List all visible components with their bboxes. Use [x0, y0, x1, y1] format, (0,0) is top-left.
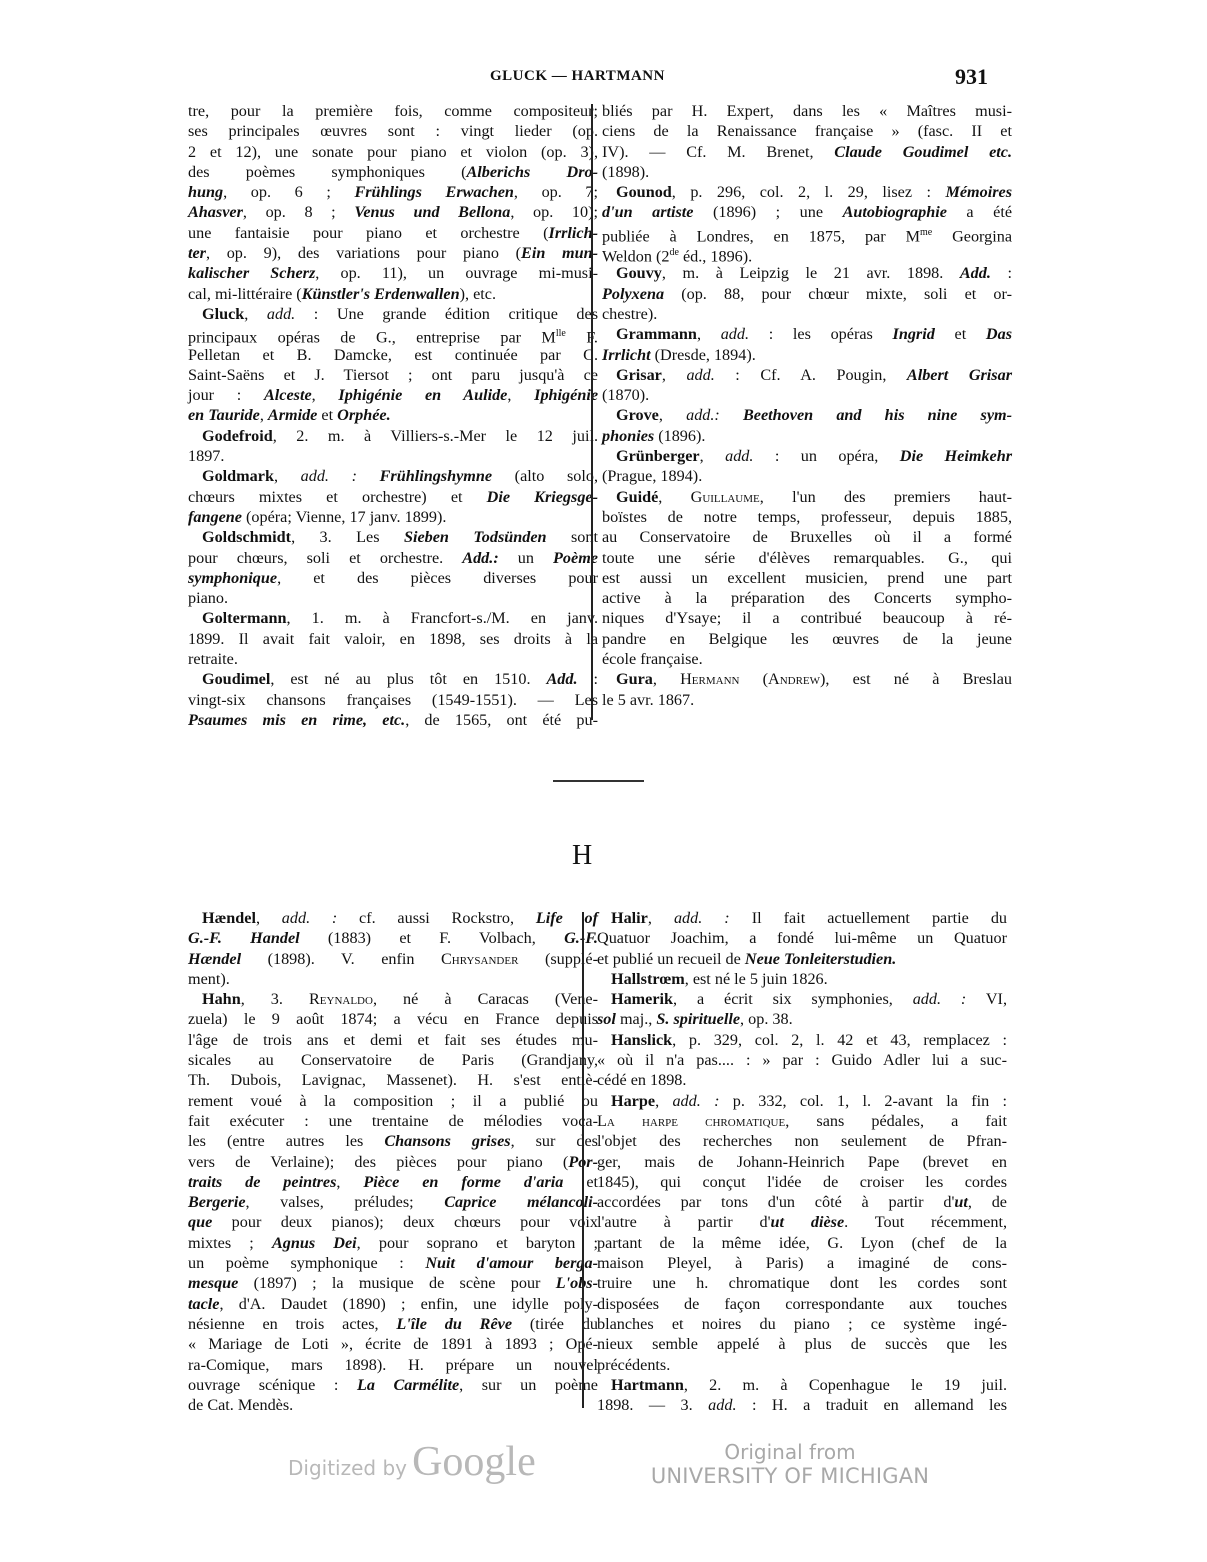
entry-headword: Halir: [611, 909, 648, 927]
text-segment: Th. Dubois, Lavignac, Massenet). H. s'es…: [188, 1071, 598, 1089]
text-segment: ,: [312, 386, 339, 404]
text-line: (1898).: [602, 162, 1012, 182]
text-segment: ,: [274, 467, 301, 485]
text-line: Polyxena (op. 88, pour chœur mixte, soli…: [602, 284, 1012, 304]
text-segment: Das: [986, 325, 1012, 343]
text-segment: des poèmes symphoniques (: [188, 163, 466, 181]
text-segment: Die Kriegsge-: [487, 488, 598, 506]
text-segment: , sur des: [511, 1132, 598, 1150]
text-segment: zuela) le 9 août 1874; a vécu en France …: [188, 1010, 598, 1028]
text-segment: Frühlingshymne: [380, 467, 492, 485]
text-line: retraite.: [188, 649, 598, 669]
text-segment: ,: [658, 488, 690, 506]
text-segment: , sur un poème: [459, 1376, 598, 1394]
text-line: « où il n'a pas.... : » par : Guido Adle…: [597, 1050, 1007, 1070]
text-segment: ,: [256, 909, 282, 927]
column-top-right: bliés par H. Expert, dans les « Maîtres …: [602, 101, 1012, 710]
text-line: tre, pour la première fois, comme compos…: [188, 101, 598, 121]
text-segment: un poème symphonique :: [188, 1254, 425, 1272]
text-line: vers de Verlaine); des pièces pour piano…: [188, 1152, 598, 1172]
text-segment: ,: [659, 406, 686, 424]
entry-headword: Gounod: [616, 183, 672, 201]
text-line: cédé en 1898.: [597, 1070, 1007, 1090]
text-segment: , op. 11), un ouvrage mi-musi-: [315, 264, 598, 282]
text-segment: , p. 329, col. 2, l. 42 et 43, remplacez…: [672, 1031, 1007, 1049]
entry-headword: Goldmark: [202, 467, 274, 485]
text-segment: précédents.: [597, 1356, 670, 1374]
text-segment: (1898).: [602, 163, 649, 181]
text-segment: (: [739, 670, 768, 688]
text-line: Pelletan et B. Damcke, est continuée par…: [188, 345, 598, 365]
text-segment: : Une grande édition critique des: [295, 305, 598, 323]
text-segment: ,: [700, 447, 725, 465]
text-segment: p. 332, col. 1, l. 2-avant la fin :: [719, 1092, 1007, 1110]
text-segment: fait exécuter : une trentaine de mélodie…: [188, 1112, 598, 1130]
text-segment: tacle: [188, 1295, 219, 1313]
text-segment: add. :: [672, 1092, 719, 1110]
text-segment: accordées par tons d'un côté à partir d': [597, 1193, 954, 1211]
text-line: un poème symphonique : Nuit d'amour berg…: [188, 1253, 598, 1273]
text-line: ter, op. 9), des variations pour piano (…: [188, 243, 598, 263]
text-line: nésienne en trois actes, L'île du Rêve (…: [188, 1314, 598, 1334]
text-line: ger, mais de Johann-Heinrich Pape (breve…: [597, 1152, 1007, 1172]
text-segment: de Cat. Mendès.: [188, 1396, 293, 1414]
column-top-left: tre, pour la première fois, comme compos…: [188, 101, 598, 730]
text-segment: Chrysander: [441, 950, 518, 968]
entry-headword: Goudimel: [202, 670, 270, 688]
text-segment: Hændel: [188, 950, 241, 968]
text-segment: L'obs-: [556, 1274, 598, 1292]
text-line: disposées de façon correspondante aux to…: [597, 1294, 1007, 1314]
watermark-university: UNIVERSITY OF MICHIGAN: [650, 1464, 930, 1488]
text-segment: , m. à Leipzig le 21 avr. 1898.: [662, 264, 960, 282]
text-segment: Albert Grisar: [907, 366, 1012, 384]
text-segment: ,: [260, 406, 268, 424]
entry-headword: Hændel: [202, 909, 256, 927]
text-line: fangene (opéra; Vienne, 17 janv. 1899).: [188, 507, 598, 527]
text-line: Gounod, p. 296, col. 2, l. 29, lisez : M…: [602, 182, 1012, 202]
text-segment: d'un artiste: [602, 203, 693, 221]
text-segment: l'objet des recherches non seulement de …: [597, 1132, 1007, 1150]
text-segment: niques d'Ysaye; il a contribué beaucoup …: [602, 609, 1012, 627]
text-segment: pour chœurs, soli et orchestre.: [188, 549, 462, 567]
text-line: Weldon (2de éd., 1896).: [602, 243, 1012, 263]
text-line: Halir, add. : Il fait actuellement parti…: [597, 908, 1007, 928]
text-segment: 1845), qui conçut l'idée de croiser les …: [597, 1173, 1007, 1191]
text-segment: Psaumes mis en rime, etc.: [188, 711, 405, 729]
text-segment: pandre en Belgique les œuvres de la jeun…: [602, 630, 1012, 648]
text-segment: (Dresde, 1894).: [651, 346, 756, 364]
text-segment: Neue Tonleiterstudien.: [745, 950, 896, 968]
text-line: 2 et 12), une sonate pour piano et violo…: [188, 142, 598, 162]
text-segment: symphonique: [188, 569, 277, 587]
text-segment: disposées de façon correspondante aux to…: [597, 1295, 1007, 1313]
text-line: kalischer Scherz, op. 11), un ouvrage mi…: [188, 263, 598, 283]
text-segment: ), etc.: [460, 285, 496, 303]
entry-headword: Gouvy: [616, 264, 662, 282]
text-segment: vingt-six chansons françaises (1549-1551…: [188, 691, 598, 709]
text-segment: , 3.: [241, 990, 309, 1008]
text-segment: (opéra; Vienne, 17 janv. 1899).: [242, 508, 446, 526]
text-segment: , op. 10);: [510, 203, 598, 221]
text-segment: Life of: [536, 909, 598, 927]
text-line: ment).: [188, 969, 598, 989]
text-segment: nésienne en trois actes,: [188, 1315, 396, 1333]
text-line: pour chœurs, soli et orchestre. Add.: un…: [188, 548, 598, 568]
text-segment: nieux semble appelé à plus de succès que…: [597, 1335, 1007, 1353]
text-line: accordées par tons d'un côté à partir d'…: [597, 1192, 1007, 1212]
text-line: sol maj., S. spirituelle, op. 38.: [597, 1009, 1007, 1029]
text-line: Hændel, add. : cf. aussi Rockstro, Life …: [188, 908, 598, 928]
text-segment: partant de la même idée, G. Lyon (chef d…: [597, 1234, 1007, 1252]
entry-headword: Hanslick: [611, 1031, 672, 1049]
text-segment: Quatuor Joachim, a fondé lui-même un Qua…: [597, 929, 1007, 947]
text-line: Th. Dubois, Lavignac, Massenet). H. s'es…: [188, 1070, 598, 1090]
text-segment: ,: [653, 670, 680, 688]
text-segment: (Prague, 1894).: [602, 467, 702, 485]
text-line: Psaumes mis en rime, etc., de 1565, ont …: [188, 710, 598, 730]
text-segment: Add.:: [462, 549, 498, 567]
text-segment: ut dièse: [771, 1213, 845, 1231]
text-line: Goldschmidt, 3. Les Sieben Todsünden son…: [188, 527, 598, 547]
text-segment: maj.,: [616, 1010, 656, 1028]
text-line: truire une h. chromatique dont les corde…: [597, 1273, 1007, 1293]
text-segment: Beethoven and his nine sym-: [743, 406, 1012, 424]
text-segment: « où il n'a pas.... : » par : Guido Adle…: [597, 1051, 1007, 1069]
text-segment: (1897) ; la musique de scène pour: [238, 1274, 555, 1292]
text-segment: :: [991, 264, 1012, 282]
text-segment: : les opéras: [749, 325, 893, 343]
text-line: hung, op. 6 ; Frühlings Erwachen, op. 7;: [188, 182, 598, 202]
column-bottom-left: Hændel, add. : cf. aussi Rockstro, Life …: [188, 908, 598, 1415]
text-line: jour : Alceste, Iphigénie en Aulide, Iph…: [188, 385, 598, 405]
text-segment: IV). — Cf. M. Brenet,: [602, 143, 834, 161]
text-segment: phonies: [602, 427, 654, 445]
text-segment: , op. 8 ;: [243, 203, 354, 221]
text-segment: et: [317, 406, 337, 424]
text-segment: G.-F. Handel: [188, 929, 300, 947]
text-segment: en Tauride: [188, 406, 260, 424]
text-line: bliés par H. Expert, dans les « Maîtres …: [602, 101, 1012, 121]
text-segment: , l'un des premiers haut-: [760, 488, 1012, 506]
text-line: Ahasver, op. 8 ; Venus und Bellona, op. …: [188, 202, 598, 222]
text-segment: Agnus Dei: [272, 1234, 357, 1252]
text-segment: ,: [507, 386, 534, 404]
text-segment: Ein mun-: [521, 244, 598, 262]
text-segment: Hermann: [680, 670, 739, 688]
text-line: au Conservatoire de Bruxelles où il a fo…: [602, 527, 1012, 547]
text-segment: l'âge de trois ans et demi et fait ses é…: [188, 1031, 598, 1049]
text-line: Hanslick, p. 329, col. 2, l. 42 et 43, r…: [597, 1030, 1007, 1050]
text-segment: et: [563, 1173, 598, 1191]
text-segment: add. :: [301, 467, 380, 485]
text-segment: (alto solo,: [492, 467, 598, 485]
text-segment: , sans pédales, a fait: [785, 1112, 1007, 1130]
text-segment: , op. 7;: [514, 183, 598, 201]
page-number: 931: [955, 64, 988, 90]
text-segment: , 2. m. à Copenhague le 19 juil.: [684, 1376, 1007, 1394]
text-segment: (1896).: [654, 427, 705, 445]
text-segment: 1899. Il avait fait valoir, en 1898, ses…: [188, 630, 598, 648]
text-line: une fantaisie pour piano et orchestre (I…: [188, 223, 598, 243]
text-line: des poèmes symphoniques (Alberichs Dro-: [188, 162, 598, 182]
text-line: La harpe chromatique, sans pédales, a fa…: [597, 1111, 1007, 1131]
text-segment: est aussi un excellent musicien, prend u…: [602, 569, 1012, 587]
text-segment: , et des pièces diverses pour: [277, 569, 598, 587]
entry-headword: Grove: [616, 406, 659, 424]
text-segment: Caprice mélancoli-: [444, 1193, 598, 1211]
text-segment: Iphigénie en Aulide: [338, 386, 507, 404]
text-line: 1845), qui conçut l'idée de croiser les …: [597, 1172, 1007, 1192]
text-segment: Künstler's Erdenwallen: [302, 285, 460, 303]
text-segment: Irrlicht: [602, 346, 651, 364]
running-head: GLUCK — HARTMANN: [490, 68, 665, 85]
text-line: Grove, add.: Beethoven and his nine sym-: [602, 405, 1012, 425]
entry-headword: Hahn: [202, 990, 241, 1008]
text-line: tacle, d'A. Daudet (1890) ; enfin, une i…: [188, 1294, 598, 1314]
text-line: principaux opéras de G., entreprise par …: [188, 324, 598, 344]
text-segment: « Mariage de Loti », écrite de 1891 à 18…: [188, 1335, 598, 1353]
text-line: niques d'Ysaye; il a contribué beaucoup …: [602, 608, 1012, 628]
text-line: et publié un recueil de Neue Tonleiterst…: [597, 949, 1007, 969]
text-segment: traits de peintres: [188, 1173, 336, 1191]
text-segment: ,: [662, 366, 687, 384]
text-segment: 1897.: [188, 447, 224, 465]
text-line: que pour deux pianos); deux chœurs pour …: [188, 1212, 598, 1232]
text-segment: , de 1565, ont été pu-: [405, 711, 598, 729]
text-segment: Armide: [268, 406, 317, 424]
text-segment: , 2. m. à Villiers-s.-Mer le 12 juil.: [273, 427, 598, 445]
text-segment: , p. 296, col. 2, l. 29, lisez :: [672, 183, 946, 201]
text-line: boïstes de notre temps, professeur, depu…: [602, 507, 1012, 527]
column-divider-bottom: [582, 912, 584, 1408]
text-segment: La harpe chromatique: [597, 1112, 785, 1130]
text-line: Gouvy, m. à Leipzig le 21 avr. 1898. Add…: [602, 263, 1012, 283]
text-line: toute une série d'élèves remarquables. G…: [602, 548, 1012, 568]
text-segment: maison Pleyel, à Paris) a imaginé de con…: [597, 1254, 1007, 1272]
text-line: cal, mi-littéraire (Künstler's Erdenwall…: [188, 284, 598, 304]
text-line: Gura, Hermann (Andrew), est né à Breslau: [602, 669, 1012, 689]
entry-headword: Grisar: [616, 366, 662, 384]
text-line: chœurs mixtes et orchestre) et Die Krieg…: [188, 487, 598, 507]
entry-headword: Godefroid: [202, 427, 273, 445]
text-segment: et: [935, 325, 986, 343]
text-segment: Add.: [546, 670, 577, 688]
text-segment: sol: [597, 1010, 616, 1028]
section-letter-heading: H: [572, 840, 592, 872]
text-segment: fangene: [188, 508, 242, 526]
text-line: active à la préparation des Concerts sym…: [602, 588, 1012, 608]
text-segment: l'autre à partir d': [597, 1213, 771, 1231]
text-segment: ), est né à Breslau: [820, 670, 1012, 688]
text-segment: add.: [686, 366, 714, 384]
watermark-digitized-by: Digitized by: [288, 1456, 407, 1480]
text-segment: , op. 6 ;: [223, 183, 354, 201]
text-segment: chestre).: [602, 305, 657, 323]
text-segment: add.: [725, 447, 753, 465]
text-segment: mixtes ;: [188, 1234, 272, 1252]
entry-headword: Guidé: [616, 488, 658, 506]
text-line: sicales au Conservatoire de Paris (Grand…: [188, 1050, 598, 1070]
text-line: Grammann, add. : les opéras Ingrid et Da…: [602, 324, 1012, 344]
text-segment: tre, pour la première fois, comme compos…: [188, 102, 598, 120]
text-line: 1897.: [188, 446, 598, 466]
text-line: l'autre à partir d'ut dièse. Tout récemm…: [597, 1212, 1007, 1232]
text-segment: ra-Comique, mars 1898). H. prépare un no…: [188, 1356, 598, 1374]
text-segment: (tirée du: [512, 1315, 598, 1333]
text-segment: Pièce en forme d'aria: [363, 1173, 563, 1191]
text-segment: au Conservatoire de Bruxelles où il a fo…: [602, 528, 1012, 546]
text-segment: 1898. — 3.: [597, 1396, 708, 1414]
text-line: ciens de la Renaissance française » (fas…: [602, 121, 1012, 141]
text-segment: Saint-Saëns et J. Tiersot ; ont paru jus…: [188, 366, 598, 384]
text-segment: cal, mi-littéraire (: [188, 285, 302, 303]
text-segment: add.:: [686, 406, 720, 424]
text-line: zuela) le 9 août 1874; a vécu en France …: [188, 1009, 598, 1029]
text-segment: Iphigénie: [534, 386, 598, 404]
text-line: Grisar, add. : Cf. A. Pougin, Albert Gri…: [602, 365, 1012, 385]
text-segment: : H. a traduit en allemand les: [736, 1396, 1007, 1414]
text-line: vingt-six chansons françaises (1549-1551…: [188, 690, 598, 710]
watermark-original-from: Original from: [650, 1440, 930, 1464]
text-segment: , de: [968, 1193, 1007, 1211]
text-segment: : un opéra,: [753, 447, 899, 465]
text-segment: ,: [648, 909, 674, 927]
text-line: Hartmann, 2. m. à Copenhague le 19 juil.: [597, 1375, 1007, 1395]
text-segment: école française.: [602, 650, 703, 668]
text-line: mesque (1897) ; la musique de scène pour…: [188, 1273, 598, 1293]
text-segment: retraite.: [188, 650, 238, 668]
text-segment: add.: [721, 325, 749, 343]
text-line: l'âge de trois ans et demi et fait ses é…: [188, 1030, 598, 1050]
text-segment: boïstes de notre temps, professeur, depu…: [602, 508, 1012, 526]
text-segment: (1870).: [602, 386, 649, 404]
text-segment: mesque: [188, 1274, 238, 1292]
text-segment: Add.: [960, 264, 991, 282]
text-line: ra-Comique, mars 1898). H. prépare un no…: [188, 1355, 598, 1375]
text-segment: Andrew: [768, 670, 820, 688]
text-segment: que: [188, 1213, 212, 1231]
text-segment: a été: [947, 203, 1012, 221]
text-segment: , op. 38.: [740, 1010, 793, 1028]
entry-headword: Goltermann: [202, 609, 287, 627]
text-segment: add. :: [913, 990, 967, 1008]
text-segment: Venus und Bellona: [354, 203, 510, 221]
text-segment: et publié un recueil de: [597, 950, 745, 968]
text-line: les (entre autres les Chansons grises, s…: [188, 1131, 598, 1151]
text-line: ses principales œuvres sont : vingt lied…: [188, 121, 598, 141]
text-segment: (op. 88, pour chœur mixte, soli et or-: [664, 285, 1012, 303]
text-line: est aussi un excellent musicien, prend u…: [602, 568, 1012, 588]
text-line: nieux semble appelé à plus de succès que…: [597, 1334, 1007, 1354]
text-line: Goudimel, est né au plus tôt en 1510. Ad…: [188, 669, 598, 689]
text-line: partant de la même idée, G. Lyon (chef d…: [597, 1233, 1007, 1253]
text-segment: Mémoires: [945, 183, 1012, 201]
text-segment: , a écrit six symphonies,: [673, 990, 913, 1008]
text-segment: rement voué à la composition ; il a publ…: [188, 1092, 598, 1110]
text-segment: Chansons grises: [384, 1132, 510, 1150]
text-segment: ,: [655, 1092, 672, 1110]
text-line: Harpe, add. : p. 332, col. 1, l. 2-avant…: [597, 1091, 1007, 1111]
text-segment: lle: [556, 328, 566, 339]
text-segment: Bergerie: [188, 1193, 246, 1211]
text-segment: Orphée.: [337, 406, 391, 424]
text-segment: pour deux pianos); deux chœurs pour voix: [212, 1213, 598, 1231]
text-segment: ut: [954, 1193, 968, 1211]
text-line: le 5 avr. 1867.: [602, 690, 1012, 710]
text-line: rement voué à la composition ; il a publ…: [188, 1091, 598, 1111]
text-segment: La Carmélite: [357, 1376, 459, 1394]
text-segment: , est né le 5 juin 1826.: [685, 970, 828, 988]
entry-headword: Hamerik: [611, 990, 673, 1008]
text-segment: une fantaisie pour piano et orchestre (: [188, 224, 549, 242]
text-segment: principaux opéras de G., entreprise par …: [188, 329, 556, 347]
text-segment: F.: [566, 329, 598, 347]
text-segment: , 3. Les: [291, 528, 404, 546]
text-segment: sicales au Conservatoire de Paris (Grand…: [188, 1051, 598, 1069]
text-segment: , pour soprano et baryton ;: [357, 1234, 598, 1252]
text-segment: jour :: [188, 386, 264, 404]
text-segment: vers de Verlaine); des pièces pour piano…: [188, 1153, 568, 1171]
text-line: « Mariage de Loti », écrite de 1891 à 18…: [188, 1334, 598, 1354]
text-line: Goltermann, 1. m. à Francfort-s./M. en j…: [188, 608, 598, 628]
text-segment: add. :: [282, 909, 337, 927]
text-segment: Autobiographie: [843, 203, 947, 221]
text-line: 1899. Il avait fait valoir, en 1898, ses…: [188, 629, 598, 649]
original-from-watermark: Original from UNIVERSITY OF MICHIGAN: [650, 1440, 930, 1488]
text-segment: , valses, préludes;: [246, 1193, 445, 1211]
text-line: Grünberger, add. : un opéra, Die Heimkeh…: [602, 446, 1012, 466]
text-line: précédents.: [597, 1355, 1007, 1375]
text-segment: ciens de la Renaissance française » (fas…: [602, 122, 1012, 140]
entry-headword: Gura: [616, 670, 653, 688]
text-line: Bergerie, valses, préludes; Caprice méla…: [188, 1192, 598, 1212]
text-line: publiée à Londres, en 1875, par Mme Geor…: [602, 223, 1012, 243]
text-segment: , 1. m. à Francfort-s./M. en janv.: [287, 609, 598, 627]
text-line: phonies (1896).: [602, 426, 1012, 446]
text-line: pandre en Belgique les œuvres de la jeun…: [602, 629, 1012, 649]
text-segment: Georgina: [932, 227, 1012, 245]
text-line: l'objet des recherches non seulement de …: [597, 1131, 1007, 1151]
entry-headword: Gluck: [202, 305, 244, 323]
text-segment: Die Heimkehr: [900, 447, 1012, 465]
text-segment: ,: [244, 305, 267, 323]
text-segment: Alceste: [264, 386, 312, 404]
text-segment: ter: [188, 244, 206, 262]
text-segment: le 5 avr. 1867.: [602, 691, 694, 709]
text-line: 1898. — 3. add. : H. a traduit en allema…: [597, 1395, 1007, 1415]
text-segment: ger, mais de Johann-Heinrich Pape (breve…: [597, 1153, 1007, 1171]
text-segment: chœurs mixtes et orchestre) et: [188, 488, 487, 506]
text-segment: :: [578, 670, 598, 688]
text-line: en Tauride, Armide et Orphée.: [188, 405, 598, 425]
text-segment: blanches et noires du piano ; ce système…: [597, 1315, 1007, 1333]
text-line: (Prague, 1894).: [602, 466, 1012, 486]
text-segment: . Tout récemment,: [844, 1213, 1007, 1231]
column-divider-top: [591, 104, 593, 720]
text-line: IV). — Cf. M. Brenet, Claude Goudimel et…: [602, 142, 1012, 162]
text-line: Irrlicht (Dresde, 1894).: [602, 345, 1012, 365]
text-line: G.-F. Handel (1883) et F. Volbach, G.-F.: [188, 928, 598, 948]
text-segment: active à la préparation des Concerts sym…: [602, 589, 1012, 607]
text-line: Gluck, add. : Une grande édition critiqu…: [188, 304, 598, 324]
entry-headword: Goldschmidt: [202, 528, 291, 546]
entry-headword: Grünberger: [616, 447, 700, 465]
text-segment: me: [920, 227, 932, 238]
text-line: blanches et noires du piano ; ce système…: [597, 1314, 1007, 1334]
text-line: Hændel (1898). V. enfin Chrysander (supp…: [188, 949, 598, 969]
text-segment: Sieben Todsünden: [404, 528, 547, 546]
